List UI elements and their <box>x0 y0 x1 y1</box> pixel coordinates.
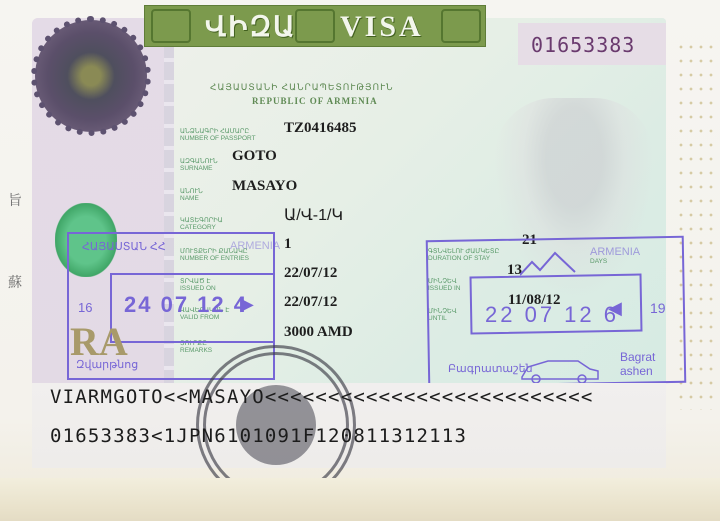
issued-on-date: 22/07/12 <box>284 265 337 282</box>
exit-stamp-number: 19 <box>650 300 666 316</box>
given-name: MASAYO <box>232 178 297 195</box>
page-bottom-edge <box>0 478 720 521</box>
surname: GOTO <box>232 148 277 165</box>
entry-stamp-number: 16 <box>78 300 92 315</box>
country-armenian: ՀԱՅԱՍՏԱՆԻ ՀԱՆՐԱՊԵՏՈՒԹՅՈՒՆ <box>210 82 394 93</box>
exit-arrow-icon: ◀ <box>608 298 622 319</box>
exit-stamp-date: 22 07 12 6 <box>485 302 619 328</box>
side-text: 旨 <box>8 190 22 210</box>
field-label-passport: ԱՆՁՆԱԳՐԻ ՀԱՄԱՐԸNUMBER OF PASSPORT <box>180 128 256 142</box>
hologram-seal <box>35 20 147 132</box>
title-armenian: ՎԻԶԱ <box>205 10 297 44</box>
entry-arrow-icon: ▶ <box>240 294 254 315</box>
field-label-category: ԿԱՏԵԳՈՐԻԱCATEGORY <box>180 217 223 231</box>
ornament-icon <box>295 9 335 43</box>
field-label-surname: ԱԶԳԱՆՈՒՆSURNAME <box>180 158 218 172</box>
visa-category: Ա/Վ-1/Կ <box>284 205 343 225</box>
country-english: REPUBLIC OF ARMENIA <box>252 96 378 106</box>
title-english: VISA <box>340 10 424 44</box>
mrz-line-2: 01653383<1JPN6101091F120811312113 <box>50 425 467 447</box>
entry-stamp-date: 24 07 12 4 <box>124 292 248 318</box>
side-text: 蘇 <box>8 272 22 292</box>
exit-stamp-country: ARMENIA <box>590 246 640 258</box>
entry-stamp-place: Զվարթնոց <box>76 358 138 371</box>
passport-number: TZ0416485 <box>284 120 357 137</box>
exit-stamp-place-english: Bagratashen <box>620 350 660 378</box>
field-label-name: ԱՆՈՒՆNAME <box>180 188 203 202</box>
visa-number: 01653383 <box>531 33 635 57</box>
number-of-entries: 1 <box>284 236 292 253</box>
ornament-icon <box>151 9 191 43</box>
exit-stamp-place-armenian: Բագրատաշեն <box>448 362 518 375</box>
remarks-fee: 3000 AMD <box>284 324 353 341</box>
entry-stamp-org: ՀԱՅԱՍՏԱՆ ՀՀ <box>82 240 166 253</box>
entry-stamp-country: ARMENIA <box>230 240 280 252</box>
mountain-icon <box>520 250 580 280</box>
valid-from-date: 22/07/12 <box>284 294 337 311</box>
visa-header: ՎԻԶԱ VISA <box>144 5 486 47</box>
ornament-icon <box>441 9 481 43</box>
mrz-line-1: VIARMGOTO<<MASAYO<<<<<<<<<<<<<<<<<<<<<<<… <box>50 386 593 408</box>
